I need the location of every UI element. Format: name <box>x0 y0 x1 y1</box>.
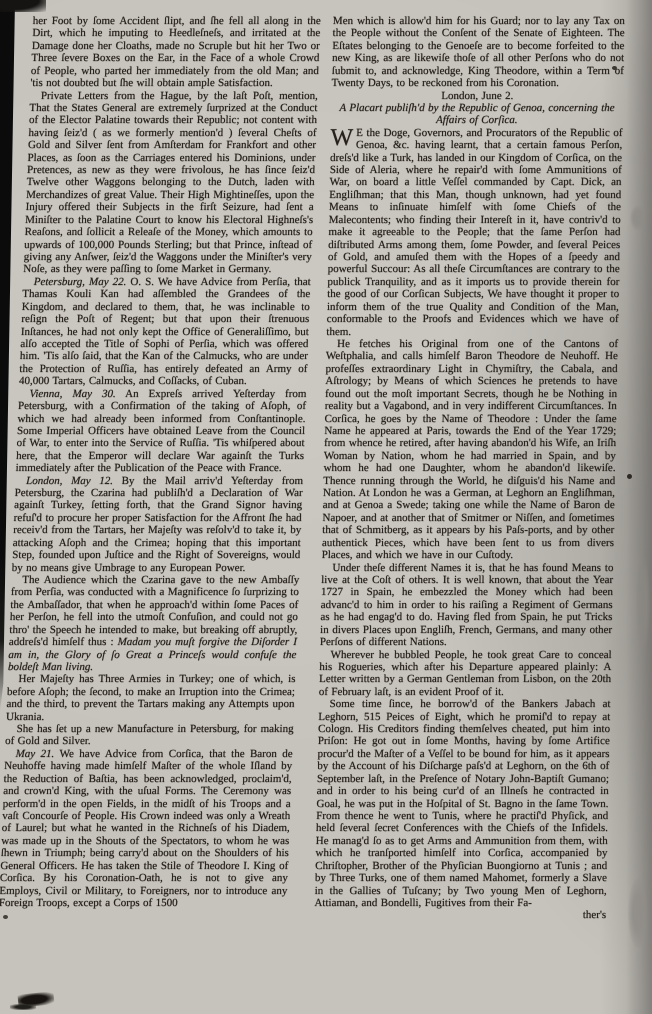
text-run: her Foot by ſome Accident ſlipt, and ſhe… <box>30 15 321 89</box>
ink-speck <box>627 474 632 479</box>
text-run: Wherever he bubbled People, he took grea… <box>319 649 612 698</box>
text-run: By the Mail arriv'd Yeſterday from Peter… <box>12 475 304 574</box>
ink-speck <box>3 915 8 919</box>
dateline: London, June 2. <box>331 90 623 102</box>
paragraph: Petersburg, May 22. O. S. We have Advice… <box>19 276 311 388</box>
text-run: We have Advice from Corſica, that the Ba… <box>0 748 293 909</box>
text-run: E the Doge, Governors, and Procurators o… <box>326 127 622 338</box>
paragraph: Her Majeſty has Three Armies in Turkey; … <box>6 673 296 723</box>
paragraph: Some time ſince, he borrow'd of the Bank… <box>314 698 610 909</box>
paragraph: Vienna, May 30. An Expreſs arrived Yeſte… <box>15 388 306 475</box>
text-run: Under theſe different Names it is, that … <box>320 562 614 649</box>
paper-smudge <box>636 556 650 652</box>
text-run: London, June 2. <box>441 90 513 102</box>
text-run: Some time ſince, he borrow'd of the Bank… <box>314 698 610 909</box>
ink-smudge <box>10 1004 36 1010</box>
paragraph: London, May 12. By the Mail arriv'd Yeſt… <box>12 475 304 574</box>
text-run: Vienna, May 30. <box>29 388 116 400</box>
text-run: Petersburg, May 22. <box>34 276 127 288</box>
paragraph: Under theſe different Names it is, that … <box>320 562 614 649</box>
text-column-left: her Foot by ſome Accident ſlipt, and ſhe… <box>0 15 321 909</box>
text-run: ther's <box>583 909 607 921</box>
text-run: Men which is allow'd him for his Guard; … <box>331 15 625 89</box>
newspaper-scan: { "document": { "kind": "18th-century ne… <box>0 0 652 1014</box>
paragraph: WE the Doge, Governors, and Procurators … <box>326 127 622 338</box>
scan-edge-right <box>626 0 652 1014</box>
paper-smudge <box>628 878 648 948</box>
ink-speck <box>612 66 617 70</box>
paragraph: May 21. We have Advice from Corſica, tha… <box>0 748 293 909</box>
paper-smudge <box>630 205 646 231</box>
scan-corner-smudge <box>0 0 46 12</box>
text-run: May 21. <box>15 748 54 760</box>
page-sheet: her Foot by ſome Accident ſlipt, and ſhe… <box>0 0 652 1014</box>
text-run: She has ſet up a new Manufacture in Pete… <box>5 723 294 747</box>
paragraph: Men which is allow'd him for his Guard; … <box>331 15 625 90</box>
paragraph: He fetches his Original from one of the … <box>322 338 619 562</box>
catchword: ther's <box>314 909 606 921</box>
article-heading: A Placart publiſh'd by the Republic of G… <box>331 102 624 127</box>
text-run: London, May 12. <box>26 475 113 487</box>
text-run: A Placart publiſh'd by the Republic of G… <box>339 102 614 126</box>
text-run: O. S. We have Advice from Perſia, that T… <box>19 276 311 387</box>
paragraph: Wherever he bubbled People, he took grea… <box>319 649 612 699</box>
text-column-right: Men which is allow'd him for his Guard; … <box>314 15 625 922</box>
paragraph: Private Letters from the Hague, by the l… <box>23 90 318 276</box>
drop-cap: W <box>330 127 356 148</box>
text-run: Her Majeſty has Three Armies in Turkey; … <box>6 673 296 722</box>
paragraph: her Foot by ſome Accident ſlipt, and ſhe… <box>30 15 321 90</box>
text-run: An Expreſs arrived Yeſterday from Peters… <box>15 388 306 475</box>
text-run: He fetches his Original from one of the … <box>322 338 619 561</box>
text-run: Private Letters from the Hague, by the l… <box>23 90 318 276</box>
paragraph: She has ſet up a new Manufacture in Pete… <box>5 723 294 748</box>
paragraph: The Audience which the Czarina gave to t… <box>8 574 300 673</box>
